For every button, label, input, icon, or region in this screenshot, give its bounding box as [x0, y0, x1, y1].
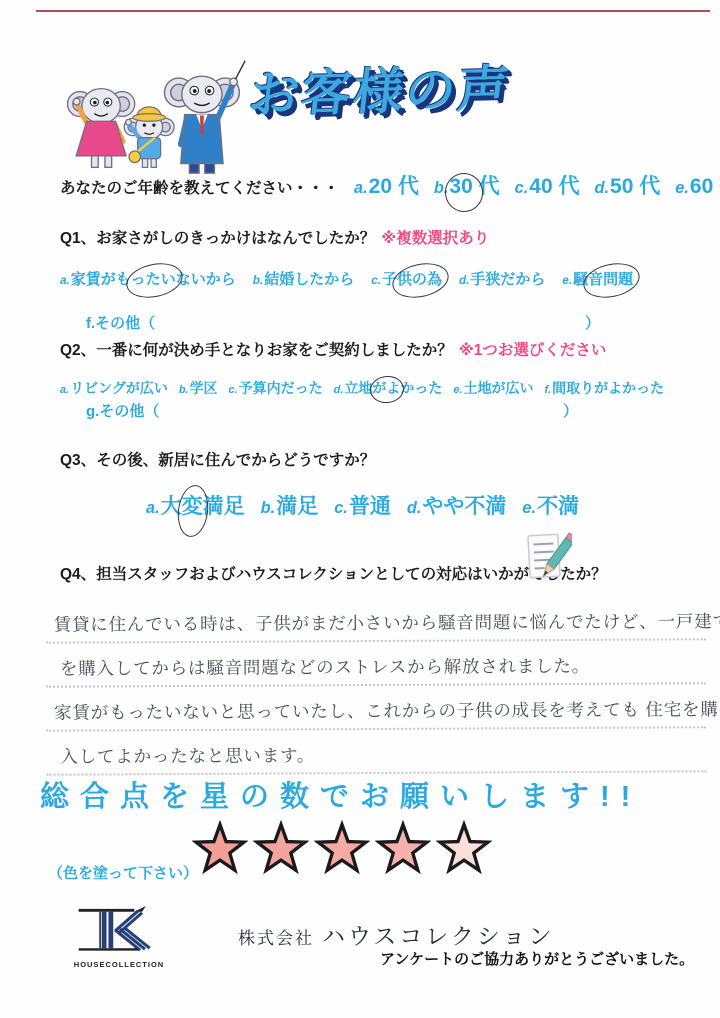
star-5-icon: [436, 820, 492, 881]
option-b: b.満足: [261, 495, 319, 518]
option-a: a.大変満足: [146, 495, 245, 518]
q1-other-field: f.その他（ ）: [86, 312, 600, 333]
company-name: 株式会社ハウスコレクション: [238, 918, 554, 951]
option-b: b.学区: [179, 380, 218, 396]
option-f: f.間取りがよかった: [544, 380, 664, 396]
q2-other-label: g.その他（: [86, 400, 159, 421]
q2-question: Q2、一番に何が決め手となりお家をご契約しましたか？※1つお選びください: [60, 338, 606, 360]
handwritten-circle-mark: 30: [449, 175, 472, 199]
housecollection-logo-icon: [71, 906, 167, 954]
option-b: b.結婚したから: [253, 271, 354, 288]
option-c: c.予算内だった: [229, 380, 323, 396]
handwritten-circle-mark: ったい: [131, 268, 176, 289]
q3-text: その後、新居に住んでからどうですか？: [96, 452, 375, 469]
age-question-row: あなたのご年齢を教えてください・・・a.20 代b.30 代c.40 代d.50…: [60, 170, 720, 200]
company-prefix: 株式会社: [238, 929, 314, 948]
option-c: c.40 代: [515, 175, 580, 198]
star-rating: [192, 820, 492, 881]
star-2-icon: [253, 820, 309, 881]
option-d: d.50 代: [594, 175, 660, 198]
q1-other-close-paren: ）: [585, 312, 600, 333]
handwritten-comment: 賃貸に住んでいる時は、子供がまだ小さいから騒音問題に悩んでたけど、一戸建てを購入…: [46, 596, 707, 775]
age-options: a.20 代b.30 代c.40 代d.50 代e.60 代: [339, 180, 720, 197]
q2-note: ※1つお選びください: [459, 342, 607, 359]
q2-text: 一番に何が決め手となりお家をご契約しましたか？: [96, 342, 453, 359]
q2-number: Q2、: [60, 342, 96, 359]
color-in-caption: （色を塗って下さい）: [48, 862, 198, 883]
q2-options: a.リビングが広いb.学区c.予算内だったd.立地がよかったe.土地が広いf.間…: [60, 378, 675, 398]
logo-caption: HOUSECOLLECTION: [60, 960, 178, 969]
q1-other-label: f.その他（: [86, 312, 155, 333]
overall-score-banner: 総合点を星の数でお願いします!!: [40, 774, 641, 815]
option-a: a.リビングが広い: [60, 380, 168, 396]
q1-text: お家さがしのきっかけはなんでしたか？: [96, 230, 375, 247]
option-e: e.60 代: [675, 175, 720, 198]
star-1-icon: [192, 820, 248, 881]
page-title: お客様の声: [245, 49, 514, 128]
age-question-label: あなたのご年齢を教えてください・・・: [60, 180, 339, 197]
scan-edge-line: [36, 10, 710, 12]
company-logo: HOUSECOLLECTION: [60, 906, 178, 969]
handwritten-circle-mark: 供の為: [397, 268, 442, 289]
q2-other-field: g.その他（ ）: [86, 400, 578, 421]
handwritten-text: 入してよかったなと思います。: [60, 742, 315, 768]
company-name-text: ハウスコレクション: [322, 924, 554, 949]
q3-question: Q3、その後、新居に住んでからどうですか？: [60, 448, 375, 470]
option-d: d.やや不満: [407, 495, 507, 518]
option-e: e.騒音問題: [562, 271, 633, 288]
star-3-icon: [314, 820, 370, 881]
option-b: b.30 代: [434, 175, 500, 198]
star-4-icon: [375, 820, 431, 881]
q3-number: Q3、: [60, 452, 96, 469]
mascot-family-illustration: [56, 56, 248, 181]
option-a: a.家賃がもったいないから: [60, 271, 236, 288]
customer-survey-page: お客様の声 あなたのご年齢を教えてください・・・a.20 代b.30 代c.40…: [0, 0, 720, 1018]
option-e: e.不満: [522, 495, 579, 518]
handwritten-comment-line: 入してよかったなと思います。: [46, 728, 706, 775]
option-a: a.20 代: [354, 175, 419, 198]
q1-note: ※複数選択あり: [381, 230, 489, 247]
q4-question: Q4、担当スタッフおよびハウスコレクションとしての対応はいかがでしたか？: [60, 562, 607, 584]
q3-options: a.大変満足b.満足c.普通d.やや不満e.不満: [146, 490, 595, 520]
q4-number: Q4、: [60, 566, 96, 583]
q2-other-close-paren: ）: [563, 400, 578, 421]
handwritten-comment-line: 賃貸に住んでいる時は、子供がまだ小さいから騒音問題に悩んでたけど、一戸建て: [46, 596, 706, 643]
handwritten-comment-line: を購入してからは騒音問題などのストレスから解放されました。: [46, 640, 706, 687]
handwritten-circle-mark: がよ: [372, 378, 400, 398]
thanks-message: アンケートのご協力ありがとうございました。: [380, 948, 694, 969]
handwritten-text: 賃貸に住んでいる時は、子供がまだ小さいから騒音問題に悩んでたけど、一戸建て: [54, 608, 720, 637]
handwritten-comment-line: 家賃がもったいないと思っていたし、これからの子供の成長を考えても 住宅を購: [46, 684, 706, 731]
option-d: d.手狭だから: [459, 271, 545, 288]
handwritten-circle-mark: 変: [182, 490, 203, 520]
memo-pencil-icon: [526, 530, 572, 589]
option-c: c.子供の為: [371, 271, 442, 288]
q1-options: a.家賃がもったいないからb.結婚したからc.子供の為d.手狭だからe.騒音問題: [60, 268, 650, 289]
option-c: c.普通: [334, 495, 391, 518]
handwritten-text: を購入してからは騒音問題などのストレスから解放されました。: [60, 653, 590, 681]
option-e: e.土地が広い: [453, 380, 533, 396]
elephant-family-icon: [56, 56, 248, 176]
handwritten-circle-mark: 音問題: [588, 268, 633, 289]
q1-number: Q1、: [60, 230, 96, 247]
option-d: d.立地がよかった: [334, 380, 443, 396]
handwritten-text: 家賃がもったいないと思っていたし、これからの子供の成長を考えても 住宅を購: [54, 696, 719, 724]
q1-question: Q1、お家さがしのきっかけはなんでしたか？※複数選択あり: [60, 226, 489, 248]
